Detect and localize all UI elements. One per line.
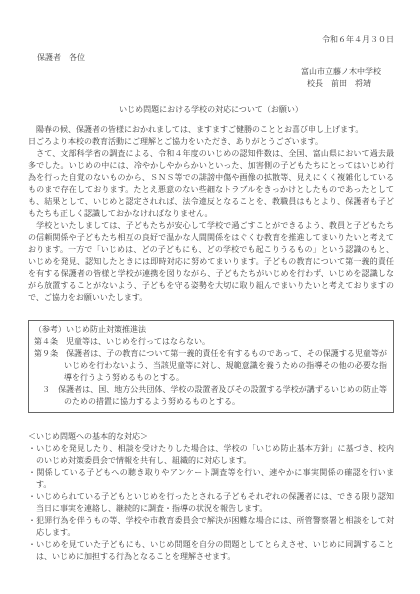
paragraph: 学校といたしましては、子どもたちが安心して学校で過ごすことができるよう、教員と子… [28, 220, 394, 304]
basic-response-item: ・関係している子どもへの聴き取りやアンケート調査等を行い、速やかに事実関係の確認… [28, 467, 394, 491]
paragraph: さて、文部科学省の調査による、令和４年度のいじめの認知件数は、全国、富山県におい… [28, 148, 394, 220]
reference-law-box: （参考）いじめ防止対策推進法 第４条 児童等は、いじめを行ってはならない。 第９… [28, 320, 394, 413]
law-article: ３ 保護者は、国、地方公共団体、学校の設置者及びその設置する学校が講ずるいじめの… [34, 384, 387, 408]
law-article: 第９条 保護者は、子の教育について第一義的責任を有するものであって、その保護する… [34, 348, 387, 384]
basic-response-item: ・犯罪行為を伴うもの等、学校や市教育委員会で解決が困難な場合には、所管警察署と相… [28, 515, 394, 539]
letter-body: 陽春の候、保護者の皆様におかれましては、ますますご健勝のこととお喜び申し上げます… [28, 124, 394, 304]
law-article-text: 保護者は、国、地方公共団体、学校の設置者及びその設置する学校が講ずるいじめの防止… [58, 385, 387, 406]
document-title: いじめ問題における学校の対応について（お願い） [28, 104, 394, 116]
law-article-text: 保護者は、子の教育について第一義的責任を有するものであって、その保護する児童等が… [64, 349, 387, 382]
law-article-label: 第９条 [34, 349, 66, 358]
letter-page: 令和６年４月３０日 保護者 各位 富山市立藤ノ木中学校 校長 前田 将靖 いじめ… [0, 0, 420, 594]
recipient-line: 保護者 各位 [37, 52, 394, 64]
basic-response-list: ・いじめを発見したり、相談を受けたりした場合は、学校の「いじめ防止基本方針」に基… [28, 443, 394, 563]
sender-principal-name: 校長 前田 将靖 [28, 78, 394, 90]
basic-response-section: ＜いじめ問題への基本的な対応＞ ・いじめを発見したり、相談を受けたりした場合は、… [28, 431, 394, 563]
sender-school-name: 富山市立藤ノ木中学校 [28, 66, 394, 78]
reference-law-title: （参考）いじめ防止対策推進法 [34, 324, 387, 336]
basic-response-item: ・いじめを見ていた子どもにも、いじめ問題を自分の問題としてとらえさせ、いじめに同… [28, 539, 394, 563]
reference-law-articles: 第４条 児童等は、いじめを行ってはならない。 第９条 保護者は、子の教育について… [34, 336, 387, 408]
basic-response-item: ・いじめを発見したり、相談を受けたりした場合は、学校の「いじめ防止基本方針」に基… [28, 443, 394, 467]
sender-block: 富山市立藤ノ木中学校 校長 前田 将靖 [28, 66, 394, 90]
law-article-label: 第４条 [34, 337, 66, 346]
basic-response-item: ・いじめられている子どもといじめを行ったとされる子どもそれぞれの保護者には、でき… [28, 491, 394, 515]
basic-response-heading: ＜いじめ問題への基本的な対応＞ [28, 431, 394, 443]
paragraph: 日ごろより本校の教育活動にご理解とご協力をいただき、ありがとうございます。 [28, 136, 394, 148]
law-article: 第４条 児童等は、いじめを行ってはならない。 [34, 336, 387, 348]
law-article-label: ３ [34, 385, 58, 394]
paragraph: 陽春の候、保護者の皆様におかれましては、ますますご健勝のこととお喜び申し上げます… [28, 124, 394, 136]
letter-date: 令和６年４月３０日 [28, 34, 394, 46]
law-article-text: 児童等は、いじめを行ってはならない。 [66, 337, 210, 346]
